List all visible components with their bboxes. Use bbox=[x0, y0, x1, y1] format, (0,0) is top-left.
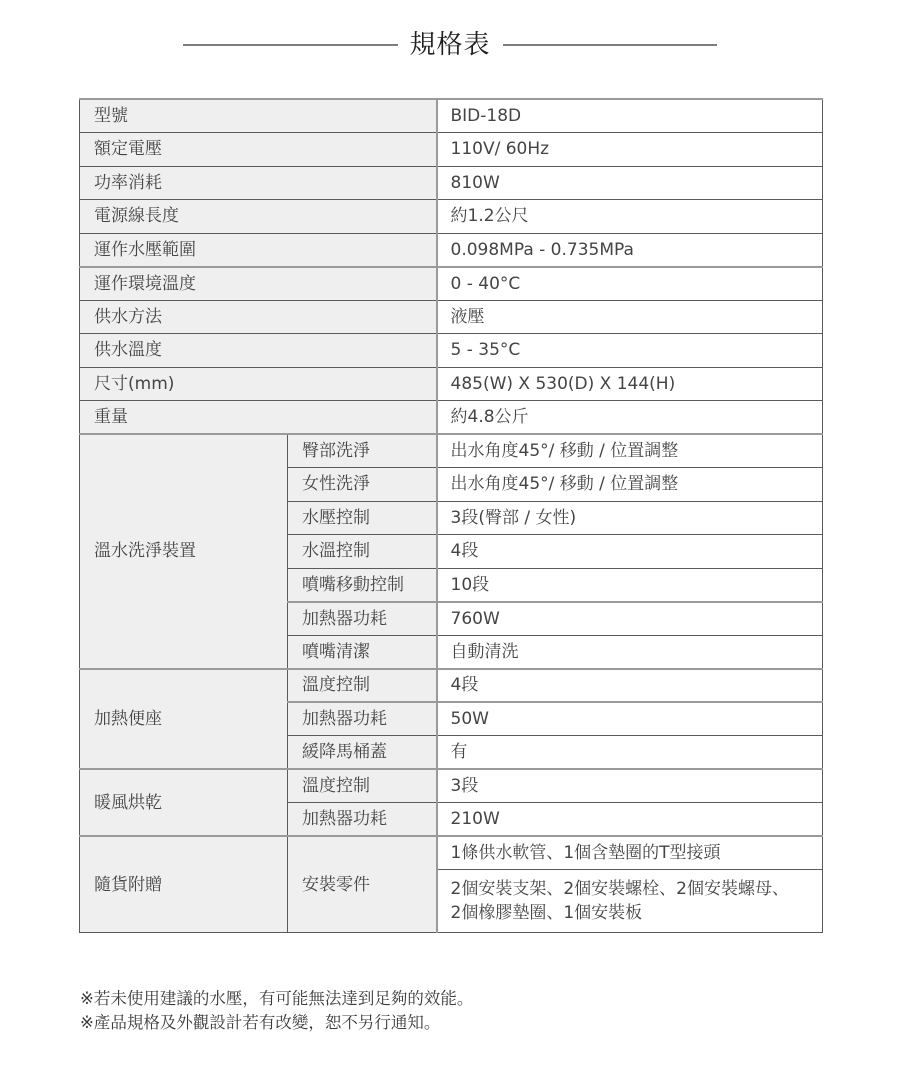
table-row: 暖風烘乾 溫度控制 3段 bbox=[80, 769, 823, 803]
table-row: 運作環境溫度 0 - 40°C bbox=[80, 267, 823, 301]
table-row: 供水溫度 5 - 35°C bbox=[80, 334, 823, 368]
row-value: 110V/ 60Hz bbox=[437, 133, 823, 167]
value-line: 2個橡膠墊圈、1個安裝板 bbox=[451, 901, 823, 925]
table-row: 隨貨附贈 安裝零件 1條供水軟管、1個含墊圈的T型接頭 bbox=[80, 836, 823, 870]
sub-label: 加熱器功耗 bbox=[288, 702, 437, 736]
sub-label: 安裝零件 bbox=[288, 836, 437, 933]
table-row: 供水方法 液壓 bbox=[80, 300, 823, 334]
sub-label: 噴嘴清潔 bbox=[288, 635, 437, 669]
table-row: 功率消耗 810W bbox=[80, 166, 823, 200]
sub-label: 緩降馬桶蓋 bbox=[288, 736, 437, 770]
row-label: 尺寸(mm) bbox=[80, 367, 437, 401]
row-value: 有 bbox=[437, 736, 823, 770]
row-value: 3段 bbox=[437, 769, 823, 803]
sub-label: 加熱器功耗 bbox=[288, 803, 437, 837]
sub-label: 噴嘴移動控制 bbox=[288, 568, 437, 602]
row-label: 型號 bbox=[80, 99, 437, 133]
row-label: 供水溫度 bbox=[80, 334, 437, 368]
row-value: 0 - 40°C bbox=[437, 267, 823, 301]
row-label: 電源線長度 bbox=[80, 200, 437, 234]
sub-label: 臀部洗淨 bbox=[288, 434, 437, 468]
sub-label: 加熱器功耗 bbox=[288, 602, 437, 636]
footnote: ※若未使用建議的水壓，有可能無法達到足夠的效能。 bbox=[80, 987, 473, 1011]
sub-label: 溫度控制 bbox=[288, 769, 437, 803]
row-label: 功率消耗 bbox=[80, 166, 437, 200]
table-row: 電源線長度 約1.2公尺 bbox=[80, 200, 823, 234]
row-label: 運作水壓範圍 bbox=[80, 233, 437, 267]
spec-table: 型號 BID-18D 額定電壓 110V/ 60Hz 功率消耗 810W 電源線… bbox=[79, 98, 823, 933]
title-divider-right bbox=[503, 44, 718, 46]
table-row: 運作水壓範圍 0.098MPa - 0.735MPa bbox=[80, 233, 823, 267]
row-value: 約4.8公斤 bbox=[437, 401, 823, 435]
row-label: 額定電壓 bbox=[80, 133, 437, 167]
table-row: 溫水洗淨裝置 臀部洗淨 出水角度45°/ 移動 / 位置調整 bbox=[80, 434, 823, 468]
sub-label: 女性洗淨 bbox=[288, 468, 437, 502]
row-value: 810W bbox=[437, 166, 823, 200]
table-row: 重量 約4.8公斤 bbox=[80, 401, 823, 435]
group-label-washing: 溫水洗淨裝置 bbox=[80, 434, 288, 669]
row-label: 運作環境溫度 bbox=[80, 267, 437, 301]
row-value: 自動清洗 bbox=[437, 635, 823, 669]
row-value: 10段 bbox=[437, 568, 823, 602]
footnote: ※產品規格及外觀設計若有改變，恕不另行通知。 bbox=[80, 1011, 473, 1035]
row-value: 760W bbox=[437, 602, 823, 636]
table-row: 加熱便座 溫度控制 4段 bbox=[80, 669, 823, 703]
row-value: 4段 bbox=[437, 669, 823, 703]
row-value: 210W bbox=[437, 803, 823, 837]
table-row: 尺寸(mm) 485(W) X 530(D) X 144(H) bbox=[80, 367, 823, 401]
row-label: 重量 bbox=[80, 401, 437, 435]
table-row: 額定電壓 110V/ 60Hz bbox=[80, 133, 823, 167]
group-label-accessories: 隨貨附贈 bbox=[80, 836, 288, 933]
row-value: 5 - 35°C bbox=[437, 334, 823, 368]
spec-title-bar: 規格表 bbox=[183, 22, 717, 68]
row-value: 液壓 bbox=[437, 300, 823, 334]
page-title: 規格表 bbox=[398, 22, 503, 68]
row-value: 3段(臀部 / 女性) bbox=[437, 501, 823, 535]
row-value: 485(W) X 530(D) X 144(H) bbox=[437, 367, 823, 401]
group-label-heated-seat: 加熱便座 bbox=[80, 669, 288, 770]
sub-label: 水溫控制 bbox=[288, 535, 437, 569]
sub-label: 溫度控制 bbox=[288, 669, 437, 703]
row-value: 約1.2公尺 bbox=[437, 200, 823, 234]
title-divider-left bbox=[183, 44, 398, 46]
row-value: 出水角度45°/ 移動 / 位置調整 bbox=[437, 434, 823, 468]
row-value: 1條供水軟管、1個含墊圈的T型接頭 bbox=[437, 836, 823, 870]
row-value: 出水角度45°/ 移動 / 位置調整 bbox=[437, 468, 823, 502]
row-value: 4段 bbox=[437, 535, 823, 569]
table-row: 型號 BID-18D bbox=[80, 99, 823, 133]
footnotes: ※若未使用建議的水壓，有可能無法達到足夠的效能。 ※產品規格及外觀設計若有改變，… bbox=[80, 987, 473, 1035]
row-value: 50W bbox=[437, 702, 823, 736]
row-value-multiline: 2個安裝支架、2個安裝螺栓、2個安裝螺母、 2個橡膠墊圈、1個安裝板 bbox=[437, 870, 823, 933]
sub-label: 水壓控制 bbox=[288, 501, 437, 535]
row-value: 0.098MPa - 0.735MPa bbox=[437, 233, 823, 267]
row-label: 供水方法 bbox=[80, 300, 437, 334]
value-line: 2個安裝支架、2個安裝螺栓、2個安裝螺母、 bbox=[451, 877, 823, 901]
group-label-dryer: 暖風烘乾 bbox=[80, 769, 288, 836]
row-value: BID-18D bbox=[437, 99, 823, 133]
